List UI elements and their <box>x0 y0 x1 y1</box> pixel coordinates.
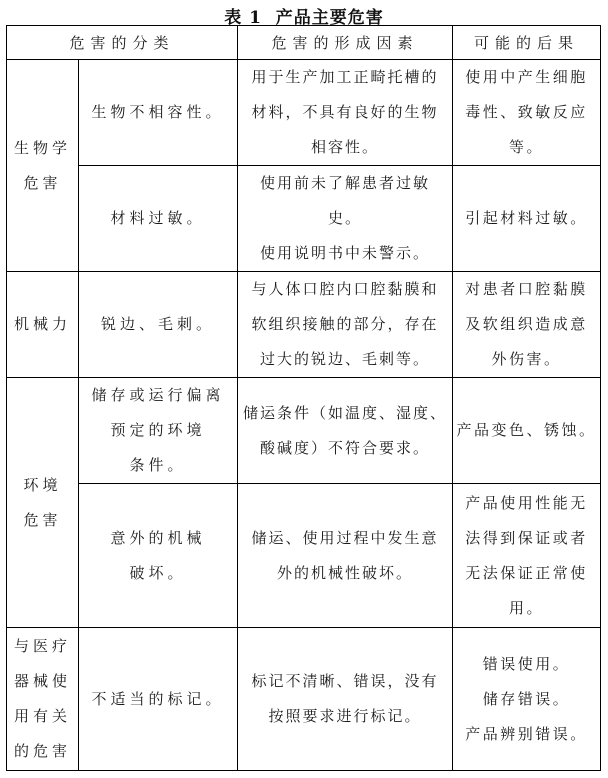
factors-cell: 使用前未了解患者过敏 史。 使用说明书中未警示。 <box>238 166 453 272</box>
factors-cell: 与人体口腔内口腔黏膜和 软组织接触的部分，存在 过大的锐边、毛刺等。 <box>238 272 453 378</box>
consequences-cell: 错误使用。 储存错误。 产品辨别错误。 <box>453 628 601 771</box>
factors-cell: 储运条件（如温度、湿度、 酸碱度）不符合要求。 <box>238 378 453 484</box>
consequences-cell: 使用中产生细胞 毒性、致敏反应 等。 <box>453 60 601 166</box>
classification-cell: 锐边、毛刺。 <box>79 272 238 378</box>
classification-cell: 储存或运行偏离 预定的环境 条件。 <box>79 378 238 484</box>
factors-cell: 标记不清晰、错误，没有 按照要求进行标记。 <box>238 628 453 771</box>
consequences-cell: 对患者口腔黏膜 及软组织造成意 外伤害。 <box>453 272 601 378</box>
classification-cell: 意外的机械 破坏。 <box>79 484 238 628</box>
hazard-table: 危害的分类 危害的形成因素 可能的后果 生物学 危害 生物不相容性。 用于生产加… <box>6 25 601 771</box>
row-environmental-1: 环境 危害 储存或运行偏离 预定的环境 条件。 储运条件（如温度、湿度、 酸碱度… <box>7 378 601 484</box>
category-cell-device-use-hazard: 与医疗 器械使 用有关 的危害 <box>7 628 79 771</box>
row-device-use-hazard: 与医疗 器械使 用有关 的危害 不适当的标记。 标记不清晰、错误，没有 按照要求… <box>7 628 601 771</box>
header-row: 危害的分类 危害的形成因素 可能的后果 <box>7 26 601 60</box>
header-possible-consequences: 可能的后果 <box>453 26 601 60</box>
classification-cell: 不适当的标记。 <box>79 628 238 771</box>
classification-cell: 生物不相容性。 <box>79 60 238 166</box>
header-formation-factors: 危害的形成因素 <box>238 26 453 60</box>
row-environmental-2: 意外的机械 破坏。 储运、使用过程中发生意 外的机械性破坏。 产品使用性能无 法… <box>7 484 601 628</box>
table-title: 表 1 产品主要危害 <box>0 0 608 25</box>
row-biological-1: 生物学 危害 生物不相容性。 用于生产加工正畸托槽的 材料，不具有良好的生物 相… <box>7 60 601 166</box>
consequences-cell: 产品使用性能无 法得到保证或者 无法保证正常使 用。 <box>453 484 601 628</box>
classification-cell: 材料过敏。 <box>79 166 238 272</box>
header-hazard-classification: 危害的分类 <box>7 26 238 60</box>
consequences-cell: 产品变色、锈蚀。 <box>453 378 601 484</box>
consequences-cell: 引起材料过敏。 <box>453 166 601 272</box>
row-biological-2: 材料过敏。 使用前未了解患者过敏 史。 使用说明书中未警示。 引起材料过敏。 <box>7 166 601 272</box>
category-cell-environmental-hazard: 环境 危害 <box>7 378 79 628</box>
factors-cell: 储运、使用过程中发生意 外的机械性破坏。 <box>238 484 453 628</box>
category-cell-biological-hazard: 生物学 危害 <box>7 60 79 272</box>
category-cell-mechanical-force: 机械力 <box>7 272 79 378</box>
row-mechanical-force: 机械力 锐边、毛刺。 与人体口腔内口腔黏膜和 软组织接触的部分，存在 过大的锐边… <box>7 272 601 378</box>
factors-cell: 用于生产加工正畸托槽的 材料，不具有良好的生物 相容性。 <box>238 60 453 166</box>
